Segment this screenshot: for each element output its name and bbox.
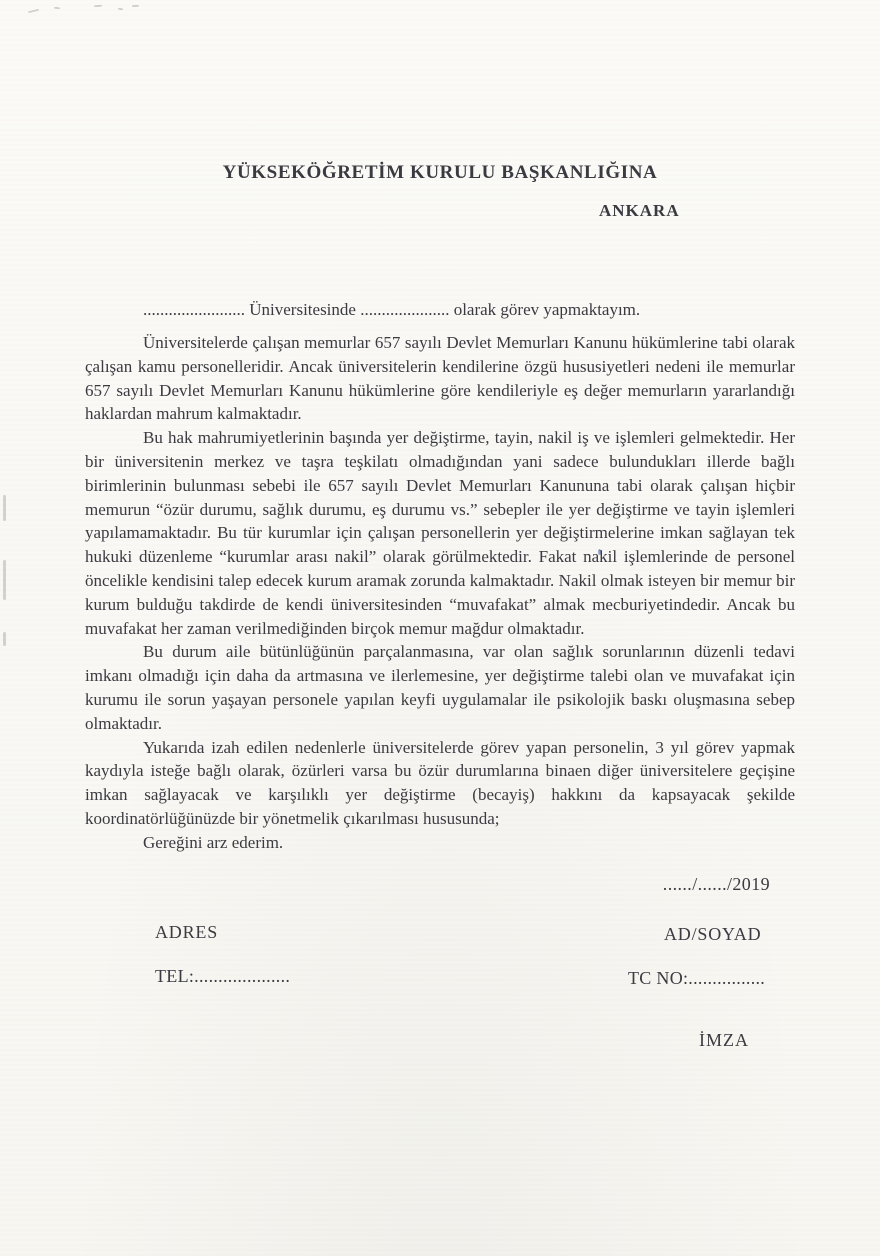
scan-artifact-pencil-marks	[20, 2, 220, 18]
letter-closing-line: Gereğini arz ederim.	[85, 831, 795, 855]
letter-paragraph: Yukarıda izah edilen nedenlerle üniversi…	[85, 736, 795, 831]
scan-artifact-edge-mark	[3, 560, 6, 600]
name-surname-label: AD/SOYAD	[664, 924, 761, 945]
address-label: ADRES	[155, 922, 218, 943]
phone-label: TEL:....................	[155, 966, 290, 987]
scan-artifact-edge-mark	[3, 495, 6, 521]
letter-body: Üniversitelerde çalışan memurlar 657 say…	[85, 331, 795, 855]
letter-paragraph: Bu durum aile bütünlüğünün parçalanmasın…	[85, 640, 795, 735]
letter-recipient-title: YÜKSEKÖĞRETİM KURULU BAŞKANLIĞINA	[85, 162, 795, 184]
letter-recipient-city: ANKARA	[599, 201, 680, 221]
scanned-letter-page: YÜKSEKÖĞRETİM KURULU BAŞKANLIĞINA ANKARA…	[0, 0, 880, 1256]
letter-paragraph: Üniversitelerde çalışan memurlar 657 say…	[85, 331, 795, 426]
letter-date-line: ....../....../2019	[85, 874, 795, 895]
tc-number-label: TC NO:................	[628, 968, 765, 989]
letter-intro-line: ........................ Üniversitesinde…	[85, 300, 795, 320]
scan-artifact-edge-mark	[3, 632, 6, 646]
signature-label: İMZA	[699, 1030, 749, 1051]
letter-paragraph: Bu hak mahrumiyetlerinin başında yer değ…	[85, 426, 795, 640]
